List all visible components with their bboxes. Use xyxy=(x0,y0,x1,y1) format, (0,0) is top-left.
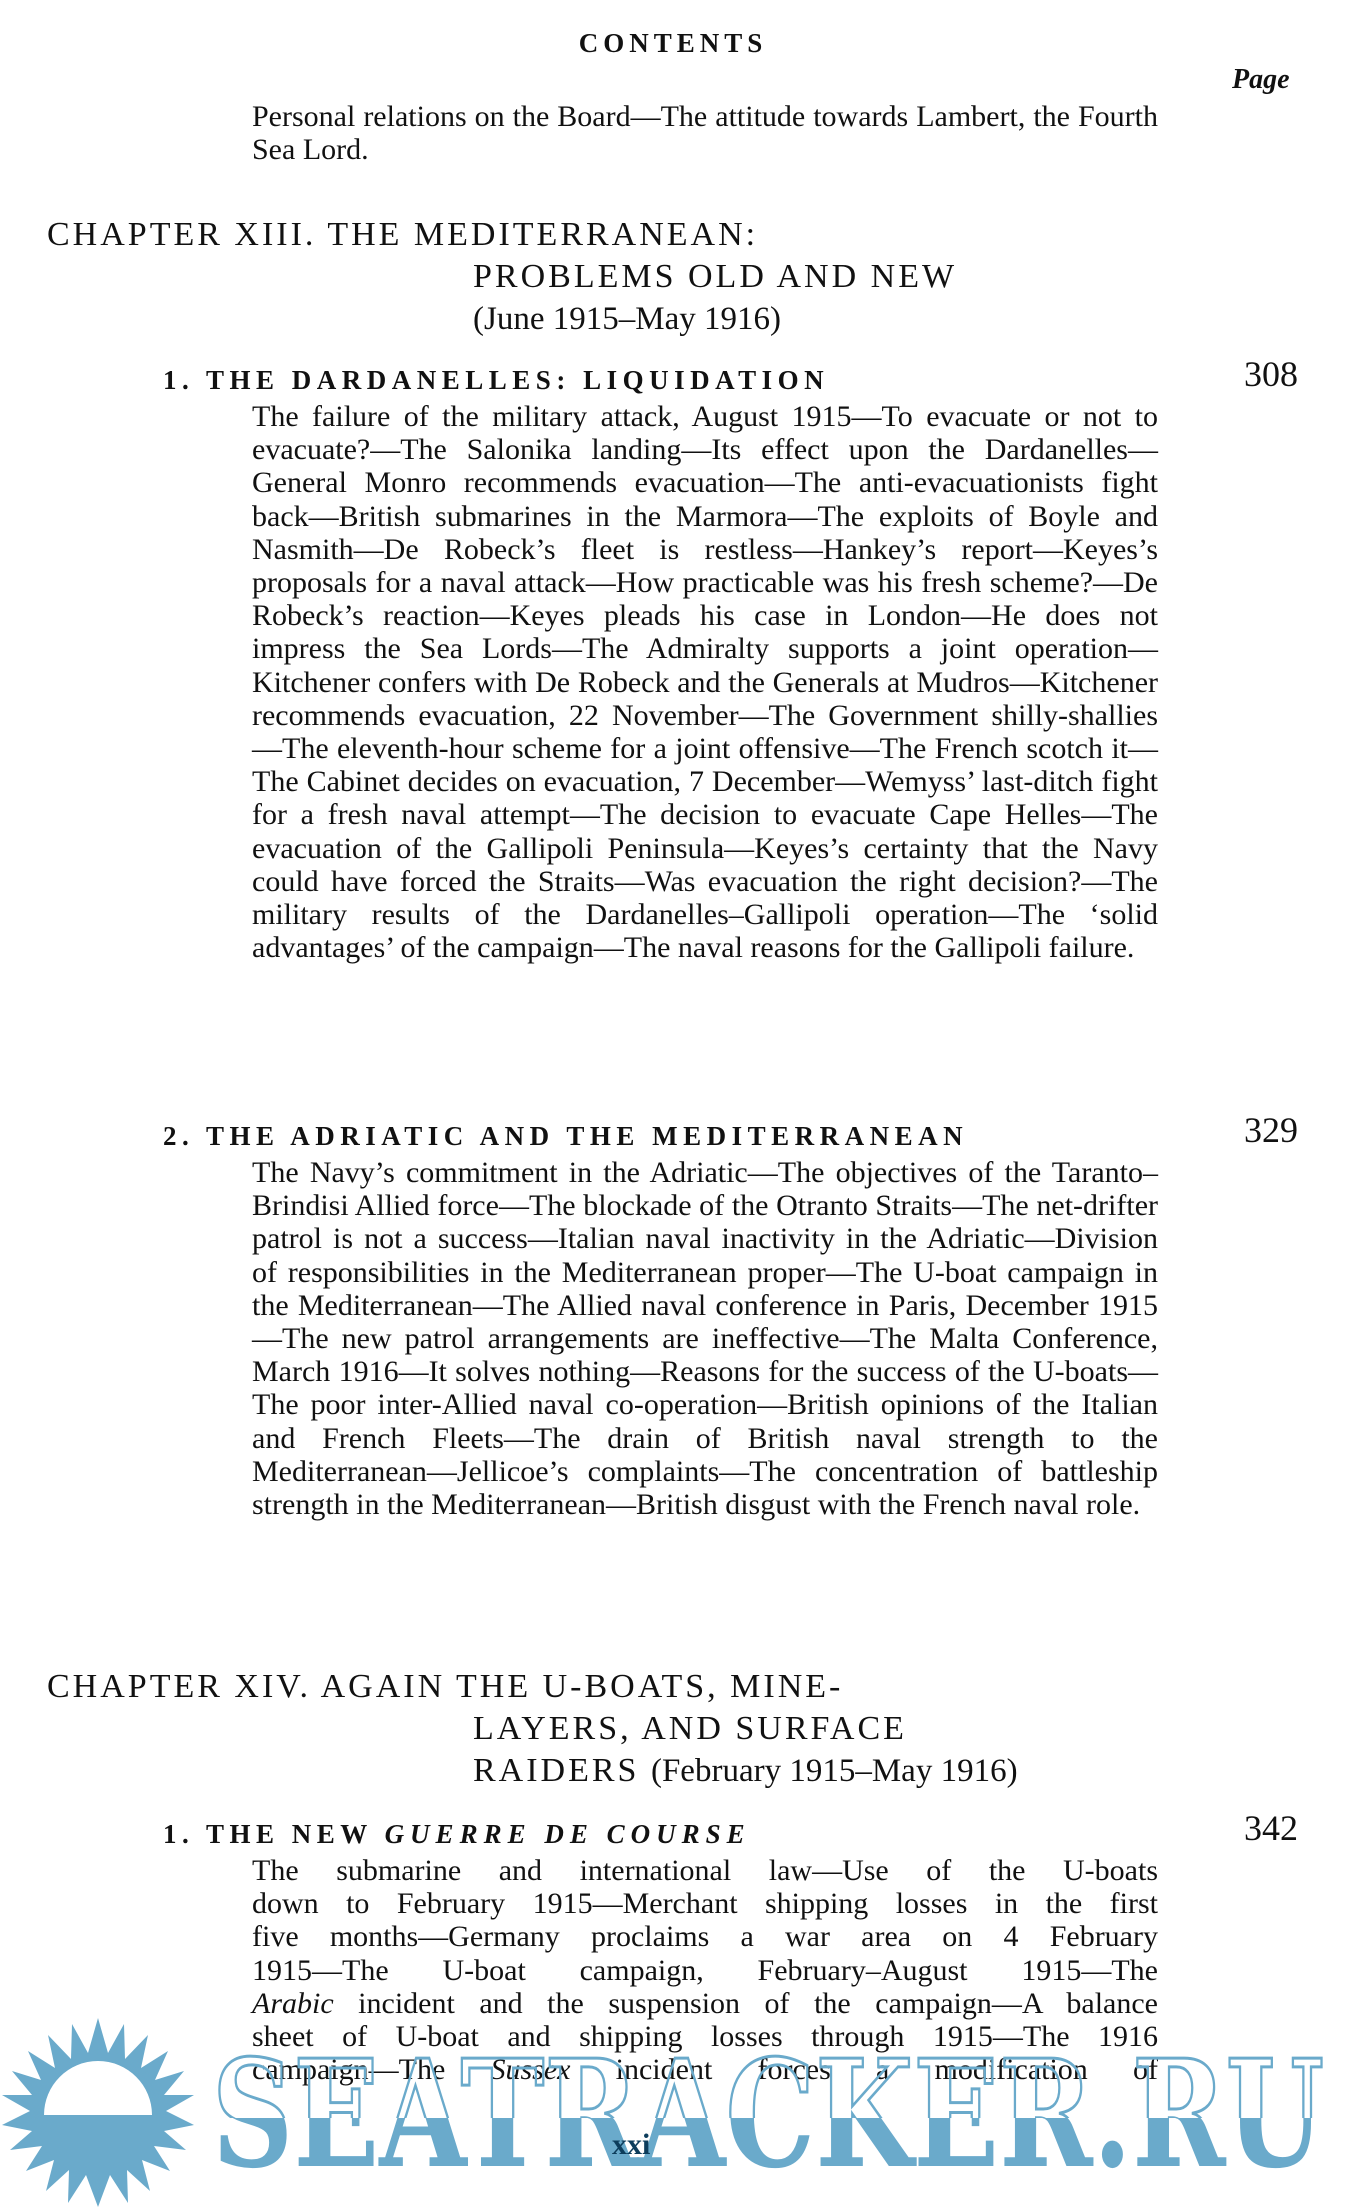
chapter-xiv-heading: CHAPTER XIV. AGAIN THE U-BOATS, MINE- LA… xyxy=(47,1666,1018,1792)
ship-name-sussex: Sussex xyxy=(490,2053,570,2086)
section-heading-dardanelles: 1. THE DARDANELLES: LIQUIDATION 308 xyxy=(163,362,1298,398)
summary-line: down to February 1915—Merchant shipping … xyxy=(252,1887,1158,1920)
section-summary-guerre-de-course: The submarine and international law—Use … xyxy=(252,1854,1158,2086)
section-page-number: 329 xyxy=(1244,1112,1298,1148)
chapter-title-line-2: PROBLEMS OLD AND NEW xyxy=(47,256,957,298)
chapter-title-line-1: CHAPTER XIII. THE MEDITERRANEAN: xyxy=(47,214,957,256)
summary-line: sheet of U-boat and shipping losses thro… xyxy=(252,2020,1158,2053)
chapter-dates: (February 1915–May 1916) xyxy=(651,1753,1018,1789)
summary-line: Arabic incident and the suspension of th… xyxy=(252,1987,1158,2020)
section-heading-guerre-de-course: 1. THE NEW GUERRE DE COURSE 342 xyxy=(163,1816,1298,1852)
section-page-number: 308 xyxy=(1244,356,1298,392)
chapter-title-line-2: LAYERS, AND SURFACE xyxy=(47,1708,1018,1750)
chapter-title-line-1: CHAPTER XIV. AGAIN THE U-BOATS, MINE- xyxy=(47,1666,1018,1708)
section-heading-adriatic: 2. THE ADRIATIC AND THE MEDITERRANEAN 32… xyxy=(163,1118,1298,1154)
chapter-dates: (June 1915–May 1916) xyxy=(47,298,957,340)
summary-text: campaign—The xyxy=(252,2053,490,2086)
summary-text: incident forces a modification of xyxy=(570,2053,1158,2086)
summary-line: five months—Germany proclaims a war area… xyxy=(252,1920,1158,1953)
page-column-label: Page xyxy=(1232,64,1290,96)
section-number: 1. xyxy=(163,362,194,398)
summary-line: The submarine and international law—Use … xyxy=(252,1854,1158,1887)
section-title-italic: GUERRE DE COURSE xyxy=(385,1819,751,1849)
summary-line: 1915—The U-boat campaign, February–Augus… xyxy=(252,1954,1158,1987)
section-title: THE NEW xyxy=(206,1819,372,1849)
page-folio: xxi xyxy=(612,2128,650,2162)
section-number: 2. xyxy=(163,1118,194,1154)
ship-name-arabic: Arabic xyxy=(252,1987,334,2020)
intro-paragraph: Personal relations on the Board—The atti… xyxy=(252,100,1158,166)
summary-line: campaign—The Sussex incident forces a mo… xyxy=(252,2053,1158,2086)
section-title: THE ADRIATIC AND THE MEDITERRANEAN xyxy=(206,1121,968,1151)
sun-logo-icon xyxy=(2,2018,194,2207)
chapter-title-line-3: RAIDERS (February 1915–May 1916) xyxy=(47,1750,1018,1792)
section-title: THE DARDANELLES: LIQUIDATION xyxy=(206,365,829,395)
section-page-number: 342 xyxy=(1244,1810,1298,1846)
running-head: CONTENTS xyxy=(0,28,1346,59)
summary-text: incident and the suspension of the campa… xyxy=(334,1987,1158,2020)
chapter-xiii-heading: CHAPTER XIII. THE MEDITERRANEAN: PROBLEM… xyxy=(47,214,957,340)
chapter-title-caps: RAIDERS xyxy=(473,1752,639,1789)
section-summary-dardanelles: The failure of the military attack, Augu… xyxy=(252,400,1158,964)
section-number: 1. xyxy=(163,1816,194,1852)
section-summary-adriatic: The Navy’s commitment in the Adriatic—Th… xyxy=(252,1156,1158,1521)
